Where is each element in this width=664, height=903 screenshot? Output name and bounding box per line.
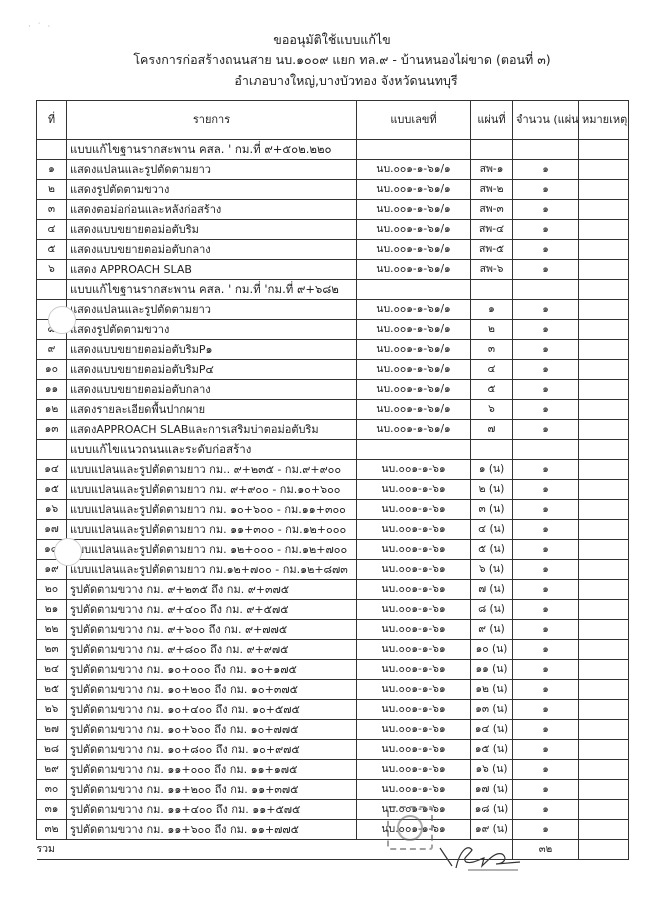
cell-item: แสดง APPROACH SLAB: [67, 260, 357, 280]
cell-remark: [579, 140, 629, 160]
punch-hole: [54, 538, 82, 566]
cell-sheet-no: ๑๙ (น): [471, 820, 513, 840]
cell-sheet-no: ๖: [471, 400, 513, 420]
cell-no: ๒๒: [37, 620, 67, 640]
cell-remark: [579, 640, 629, 660]
cell-remark: [579, 460, 629, 480]
cell-quantity: ๑: [513, 740, 579, 760]
table-row: ๑๖แบบแปลนและรูปตัดตามยาว กม. ๑๐+๖๐๐ - กม…: [37, 500, 629, 520]
cell-quantity: ๑: [513, 480, 579, 500]
cell-sheet-no: ๔: [471, 360, 513, 380]
cell-quantity: ๑: [513, 800, 579, 820]
cell-item: แสดงAPPROACH SLABและการเสริมบ่าตอม่อตับร…: [67, 420, 357, 440]
cell-remark: [579, 220, 629, 240]
cell-sheet-no: ๓: [471, 340, 513, 360]
cell-sheet-no: ๒ (น): [471, 480, 513, 500]
cell-item: แบบแปลนและรูปตัดตามยาว กม. ๑๐+๖๐๐ - กม.๑…: [67, 500, 357, 520]
cell-remark: [579, 800, 629, 820]
cell-no: ๒๔: [37, 660, 67, 680]
cell-quantity: ๑: [513, 260, 579, 280]
table-row: ๒๗รูปตัดตามขวาง กม. ๑๐+๖๐๐ ถึง กม. ๑๐+๗๗…: [37, 720, 629, 740]
cell-no: [37, 280, 67, 300]
table-header-row: ที่ รายการ แบบเลขที่ แผ่นที่ จำนวน (แผ่น…: [37, 101, 629, 140]
cell-no: ๖: [37, 260, 67, 280]
col-header-remark: หมายเหตุ: [579, 101, 629, 140]
section-header-row: แบบแก้ไขแนวถนนและระดับก่อสร้าง: [37, 440, 629, 460]
cell-sheet-no: สพ-๖: [471, 260, 513, 280]
cell-sheet-no: สพ-๕: [471, 240, 513, 260]
cell-no: ๓๑: [37, 800, 67, 820]
cell-no: [37, 140, 67, 160]
cell-drawing-no: นบ.๐๐๑-๑-๖๑: [357, 780, 471, 800]
cell-drawing-no: นบ.๐๐๑-๑-๖๑: [357, 580, 471, 600]
cell-remark: [579, 580, 629, 600]
cell-remark: [579, 360, 629, 380]
cell-remark: [579, 760, 629, 780]
cell-sheet-no: ๒: [471, 320, 513, 340]
document-title: ขออนุมัติใช้แบบแก้ไข: [0, 30, 664, 50]
cell-quantity: ๑: [513, 300, 579, 320]
cell-sheet-no: ๖ (น): [471, 560, 513, 580]
table-row: ๓๑รูปตัดตามขวาง กม. ๑๑+๔๐๐ ถึง กม. ๑๑+๕๗…: [37, 800, 629, 820]
cell-item: แสดงแบบขยายตอม่อตับกลาง: [67, 240, 357, 260]
cell-quantity: ๑: [513, 700, 579, 720]
cell-no: ๕: [37, 240, 67, 260]
cell-item: รูปตัดตามขวาง กม. ๑๐+๔๐๐ ถึง กม. ๑๐+๕๗๕: [67, 700, 357, 720]
cell-drawing-no: นบ.๐๐๑-๑-๖๑: [357, 540, 471, 560]
cell-sheet-no: ๑๐ (น): [471, 640, 513, 660]
cell-item: แบบแปลนและรูปตัดตามยาว กม. ๙+๙๐๐ - กม.๑๐…: [67, 480, 357, 500]
cell-drawing-no: นบ.๐๐๑-๑-๖๑: [357, 480, 471, 500]
cell-no: ๑๑: [37, 380, 67, 400]
cell-remark: [579, 520, 629, 540]
table-row: ๒๖รูปตัดตามขวาง กม. ๑๐+๔๐๐ ถึง กม. ๑๐+๕๗…: [37, 700, 629, 720]
cell-remark: [579, 480, 629, 500]
cell-no: [37, 440, 67, 460]
cell-no: ๓๐: [37, 780, 67, 800]
cell-item: แสดงรูปตัดตามขวาง: [67, 180, 357, 200]
cell-remark: [579, 620, 629, 640]
cell-quantity: ๑: [513, 360, 579, 380]
cell-quantity: ๑: [513, 780, 579, 800]
cell-drawing-no: [357, 140, 471, 160]
cell-sheet-no: ๑: [471, 300, 513, 320]
cell-no: ๒: [37, 180, 67, 200]
cell-drawing-no: นบ.๐๐๑-๑-๖๑: [357, 700, 471, 720]
table-row: ๓๐รูปตัดตามขวาง กม. ๑๑+๒๐๐ ถึง กม. ๑๑+๓๗…: [37, 780, 629, 800]
cell-item: รูปตัดตามขวาง กม. ๑๑+๒๐๐ ถึง กม. ๑๑+๓๗๕: [67, 780, 357, 800]
col-header-sheet-no: แผ่นที่: [471, 101, 513, 140]
cell-item: รูปตัดตามขวาง กม. ๙+๖๐๐ ถึง กม. ๙+๗๗๕: [67, 620, 357, 640]
cell-sheet-no: ๑๓ (น): [471, 700, 513, 720]
cell-drawing-no: นบ.๐๐๑-๑-๖๑/๑: [357, 180, 471, 200]
table-row: ๑๙แบบแปลนและรูปตัดตามยาว กม.๑๒+๗๐๐ - กม.…: [37, 560, 629, 580]
cell-item: แบบแปลนและรูปตัดตามยาว กม. ๑๑+๓๐๐ - กม.๑…: [67, 520, 357, 540]
cell-quantity: ๑: [513, 240, 579, 260]
cell-quantity: ๑: [513, 400, 579, 420]
table-row: ๔แสดงแบบขยายตอม่อตับริมนบ.๐๐๑-๑-๖๑/๑สพ-๔…: [37, 220, 629, 240]
cell-sheet-no: สพ-๓: [471, 200, 513, 220]
cell-sheet-no: ๑๗ (น): [471, 780, 513, 800]
cell-quantity: ๑: [513, 620, 579, 640]
cell-quantity: ๑: [513, 340, 579, 360]
cell-sheet-no: ๕ (น): [471, 540, 513, 560]
cell-quantity: [513, 280, 579, 300]
cell-no: ๑๖: [37, 500, 67, 520]
table-row: ๑๑แสดงแบบขยายตอม่อตับกลางนบ.๐๐๑-๑-๖๑/๑๕๑: [37, 380, 629, 400]
cell-remark: [579, 500, 629, 520]
cell-drawing-no: นบ.๐๐๑-๑-๖๑/๑: [357, 320, 471, 340]
cell-sheet-no: ๑๑ (น): [471, 660, 513, 680]
cell-quantity: ๑: [513, 640, 579, 660]
cell-sheet-no: ๑๕ (น): [471, 740, 513, 760]
table-row: ๒๕รูปตัดตามขวาง กม. ๑๐+๒๐๐ ถึง กม. ๑๐+๓๗…: [37, 680, 629, 700]
cell-drawing-no: นบ.๐๐๑-๑-๖๑/๑: [357, 300, 471, 320]
section-title: แบบแก้ไขฐานรากสะพาน คสล. ' กม.ที่ ๙+๕๐๒.…: [67, 140, 357, 160]
cell-quantity: ๑: [513, 760, 579, 780]
cell-item: แบบแปลนและรูปตัดตามยาว กม.๑๒+๗๐๐ - กม.๑๒…: [67, 560, 357, 580]
cell-sheet-no: ๕: [471, 380, 513, 400]
cell-no: ๙: [37, 340, 67, 360]
section-title: แบบแก้ไขแนวถนนและระดับก่อสร้าง: [67, 440, 357, 460]
table-row: ๒๓รูปตัดตามขวาง กม. ๙+๘๐๐ ถึง กม. ๙+๙๗๕น…: [37, 640, 629, 660]
cell-no: ๑๓: [37, 420, 67, 440]
cell-sheet-no: ๑๘ (น): [471, 800, 513, 820]
cell-item: รูปตัดตามขวาง กม. ๙+๔๐๐ ถึง กม. ๙+๕๗๕: [67, 600, 357, 620]
cell-drawing-no: นบ.๐๐๑-๑-๖๑: [357, 640, 471, 660]
table-row: ๑๕แบบแปลนและรูปตัดตามยาว กม. ๙+๙๐๐ - กม.…: [37, 480, 629, 500]
cell-remark: [579, 200, 629, 220]
cell-item: รูปตัดตามขวาง กม. ๑๑+๖๐๐ ถึง กม. ๑๑+๗๗๕: [67, 820, 357, 840]
cell-quantity: ๑: [513, 160, 579, 180]
cell-item: แสดงแปลนและรูปตัดตามยาว: [67, 300, 357, 320]
cell-remark: [579, 340, 629, 360]
cell-drawing-no: นบ.๐๐๑-๑-๖๑/๑: [357, 220, 471, 240]
cell-drawing-no: นบ.๐๐๑-๑-๖๑/๑: [357, 380, 471, 400]
cell-remark: [579, 380, 629, 400]
cell-sheet-no: สพ-๒: [471, 180, 513, 200]
cell-remark: [579, 560, 629, 580]
project-location: อำเภอบางใหญ่,บางบัวทอง จังหวัดนนทบุรี: [14, 71, 664, 91]
cell-no: ๒๓: [37, 640, 67, 660]
cell-remark: [579, 440, 629, 460]
cell-remark: [579, 300, 629, 320]
total-row: รวม๓๒: [37, 840, 629, 860]
table-row: ๓๒รูปตัดตามขวาง กม. ๑๑+๖๐๐ ถึง กม. ๑๑+๗๗…: [37, 820, 629, 840]
cell-no: ๒๖: [37, 700, 67, 720]
cell-quantity: [513, 140, 579, 160]
cell-no: ๓๒: [37, 820, 67, 840]
official-stamp: [387, 806, 433, 850]
cell-no: ๑๐: [37, 360, 67, 380]
cell-item: แสดงรายละเอียดพื้นปากผาย: [67, 400, 357, 420]
cell-quantity: ๑: [513, 460, 579, 480]
cell-drawing-no: นบ.๐๐๑-๑-๖๑: [357, 460, 471, 480]
col-header-quantity: จำนวน (แผ่น): [513, 101, 579, 140]
cell-remark: [579, 160, 629, 180]
section-header-row: แบบแก้ไขฐานรากสะพาน คสล. ' กม.ที่ ๙+๕๐๒.…: [37, 140, 629, 160]
cell-item: แสดงแบบขยายตอม่อตับกลาง: [67, 380, 357, 400]
cell-quantity: ๑: [513, 540, 579, 560]
table-row: แสดงแปลนและรูปตัดตามยาวนบ.๐๐๑-๑-๖๑/๑๑๑: [37, 300, 629, 320]
cell-item: รูปตัดตามขวาง กม. ๑๑+๐๐๐ ถึง กม. ๑๑+๑๗๕: [67, 760, 357, 780]
cell-drawing-no: นบ.๐๐๑-๑-๖๑: [357, 680, 471, 700]
cell-sheet-no: ๓ (น): [471, 500, 513, 520]
cell-item: รูปตัดตามขวาง กม. ๑๐+๘๐๐ ถึง กม. ๑๐+๙๗๕: [67, 740, 357, 760]
table-row: ๘แสดงรูปตัดตามขวางนบ.๐๐๑-๑-๖๑/๑๒๑: [37, 320, 629, 340]
drawing-list-table: ที่ รายการ แบบเลขที่ แผ่นที่ จำนวน (แผ่น…: [36, 100, 629, 860]
table-row: ๓แสดงตอม่อก่อนและหลังก่อสร้างนบ.๐๐๑-๑-๖๑…: [37, 200, 629, 220]
cell-item: รูปตัดตามขวาง กม. ๙+๘๐๐ ถึง กม. ๙+๙๗๕: [67, 640, 357, 660]
cell-quantity: ๑: [513, 580, 579, 600]
cell-quantity: ๑: [513, 180, 579, 200]
cell-remark: [579, 740, 629, 760]
cell-item: รูปตัดตามขวาง กม. ๑๐+๐๐๐ ถึง กม. ๑๐+๑๗๕: [67, 660, 357, 680]
signature: [438, 840, 528, 874]
cell-quantity: ๑: [513, 520, 579, 540]
cell-no: ๑: [37, 160, 67, 180]
cell-item: แบบแปลนและรูปตัดตามยาว กม. ๑๒+๐๐๐ - กม.๑…: [67, 540, 357, 560]
table-row: ๑๒แสดงรายละเอียดพื้นปากผายนบ.๐๐๑-๑-๖๑/๑๖…: [37, 400, 629, 420]
cell-quantity: [513, 440, 579, 460]
table-row: ๑๔แบบแปลนและรูปตัดตามยาว กม.. ๙+๒๓๕ - กม…: [37, 460, 629, 480]
cell-drawing-no: นบ.๐๐๑-๑-๖๑/๑: [357, 160, 471, 180]
cell-remark: [579, 400, 629, 420]
col-header-drawing-no: แบบเลขที่: [357, 101, 471, 140]
cell-quantity: ๑: [513, 660, 579, 680]
cell-sheet-no: ๘ (น): [471, 600, 513, 620]
cell-item: แสดงแปลนและรูปตัดตามยาว: [67, 160, 357, 180]
cell-item: รูปตัดตามขวาง กม. ๙+๒๓๕ ถึง กม. ๙+๓๗๕: [67, 580, 357, 600]
cell-remark: [579, 820, 629, 840]
total-label: รวม: [37, 840, 357, 860]
table-row: ๑แสดงแปลนและรูปตัดตามยาวนบ.๐๐๑-๑-๖๑/๑สพ-…: [37, 160, 629, 180]
cell-remark: [579, 180, 629, 200]
cell-no: ๒๙: [37, 760, 67, 780]
cell-sheet-no: ๑๔ (น): [471, 720, 513, 740]
cell-sheet-no: [471, 280, 513, 300]
table-row: ๑๘แบบแปลนและรูปตัดตามยาว กม. ๑๒+๐๐๐ - กม…: [37, 540, 629, 560]
cell-no: ๑๗: [37, 520, 67, 540]
cell-no: ๓: [37, 200, 67, 220]
cell-no: ๒๗: [37, 720, 67, 740]
cell-sheet-no: ๗: [471, 420, 513, 440]
cell-drawing-no: นบ.๐๐๑-๑-๖๑/๑: [357, 420, 471, 440]
cell-drawing-no: นบ.๐๐๑-๑-๖๑: [357, 560, 471, 580]
cell-quantity: ๑: [513, 600, 579, 620]
cell-remark: [579, 700, 629, 720]
cell-quantity: ๑: [513, 500, 579, 520]
cell-drawing-no: นบ.๐๐๑-๑-๖๑: [357, 740, 471, 760]
table-row: ๕แสดงแบบขยายตอม่อตับกลางนบ.๐๐๑-๑-๖๑/๑สพ-…: [37, 240, 629, 260]
cell-remark: [579, 260, 629, 280]
cell-drawing-no: [357, 440, 471, 460]
cell-drawing-no: นบ.๐๐๑-๑-๖๑: [357, 720, 471, 740]
table-row: ๙แสดงแบบขยายตอม่อตับริมP๑นบ.๐๐๑-๑-๖๑/๑๓๑: [37, 340, 629, 360]
cell-quantity: ๑: [513, 680, 579, 700]
cell-no: ๑๕: [37, 480, 67, 500]
cell-remark: [579, 680, 629, 700]
cell-remark: [579, 240, 629, 260]
cell-item: แบบแปลนและรูปตัดตามยาว กม.. ๙+๒๓๕ - กม.๙…: [67, 460, 357, 480]
cell-quantity: ๑: [513, 380, 579, 400]
table-row: ๒๘รูปตัดตามขวาง กม. ๑๐+๘๐๐ ถึง กม. ๑๐+๙๗…: [37, 740, 629, 760]
table-row: ๑๗แบบแปลนและรูปตัดตามยาว กม. ๑๑+๓๐๐ - กม…: [37, 520, 629, 540]
cell-sheet-no: ๙ (น): [471, 620, 513, 640]
cell-drawing-no: นบ.๐๐๑-๑-๖๑/๑: [357, 400, 471, 420]
table-row: ๒๔รูปตัดตามขวาง กม. ๑๐+๐๐๐ ถึง กม. ๑๐+๑๗…: [37, 660, 629, 680]
table-row: ๒๙รูปตัดตามขวาง กม. ๑๑+๐๐๐ ถึง กม. ๑๑+๑๗…: [37, 760, 629, 780]
cell-quantity: ๑: [513, 420, 579, 440]
cell-drawing-no: นบ.๐๐๑-๑-๖๑/๑: [357, 340, 471, 360]
cell-drawing-no: นบ.๐๐๑-๑-๖๑: [357, 500, 471, 520]
cell-drawing-no: [357, 280, 471, 300]
cell-sheet-no: [471, 140, 513, 160]
cell-quantity: ๑: [513, 200, 579, 220]
cell-remark: [579, 320, 629, 340]
cell-no: ๔: [37, 220, 67, 240]
table-row: ๒๑รูปตัดตามขวาง กม. ๙+๔๐๐ ถึง กม. ๙+๕๗๕น…: [37, 600, 629, 620]
cell-remark: [579, 840, 629, 860]
cell-remark: [579, 720, 629, 740]
cell-drawing-no: นบ.๐๐๑-๑-๖๑/๑: [357, 360, 471, 380]
col-header-item: รายการ: [67, 101, 357, 140]
cell-item: แสดงแบบขยายตอม่อตับริม: [67, 220, 357, 240]
cell-drawing-no: นบ.๐๐๑-๑-๖๑/๑: [357, 260, 471, 280]
table-row: ๒๐รูปตัดตามขวาง กม. ๙+๒๓๕ ถึง กม. ๙+๓๗๕น…: [37, 580, 629, 600]
cell-drawing-no: นบ.๐๐๑-๑-๖๑: [357, 620, 471, 640]
cell-remark: [579, 660, 629, 680]
section-title: แบบแก้ไขฐานรากสะพาน คสล. ' กม.ที่ 'กม.ที…: [67, 280, 357, 300]
cell-sheet-no: ๑ (น): [471, 460, 513, 480]
cell-sheet-no: สพ-๔: [471, 220, 513, 240]
punch-hole: [48, 306, 76, 334]
project-name: โครงการก่อสร้างถนนสาย นบ.๑๐๐๙ แยก ทล.๙ -…: [10, 50, 664, 70]
cell-drawing-no: นบ.๐๐๑-๑-๖๑: [357, 520, 471, 540]
cell-no: ๑๔: [37, 460, 67, 480]
cell-item: แสดงแบบขยายตอม่อตับริมP๔: [67, 360, 357, 380]
cell-drawing-no: นบ.๐๐๑-๑-๖๑: [357, 660, 471, 680]
cell-no: ๑๒: [37, 400, 67, 420]
cell-sheet-no: ๔ (น): [471, 520, 513, 540]
cell-no: ๒๕: [37, 680, 67, 700]
cell-quantity: ๑: [513, 220, 579, 240]
table-row: ๑๓แสดงAPPROACH SLABและการเสริมบ่าตอม่อตั…: [37, 420, 629, 440]
table-body: แบบแก้ไขฐานรากสะพาน คสล. ' กม.ที่ ๙+๕๐๒.…: [37, 140, 629, 860]
cell-remark: [579, 540, 629, 560]
cell-item: แสดงแบบขยายตอม่อตับริมP๑: [67, 340, 357, 360]
cell-drawing-no: นบ.๐๐๑-๑-๖๑: [357, 760, 471, 780]
cell-item: รูปตัดตามขวาง กม. ๑๐+๒๐๐ ถึง กม. ๑๐+๓๗๕: [67, 680, 357, 700]
cell-quantity: ๑: [513, 820, 579, 840]
cell-no: ๒๑: [37, 600, 67, 620]
cell-remark: [579, 780, 629, 800]
cell-item: รูปตัดตามขวาง กม. ๑๐+๖๐๐ ถึง กม. ๑๐+๗๗๕: [67, 720, 357, 740]
cell-remark: [579, 420, 629, 440]
table-row: ๑๐แสดงแบบขยายตอม่อตับริมP๔นบ.๐๐๑-๑-๖๑/๑๔…: [37, 360, 629, 380]
cell-drawing-no: นบ.๐๐๑-๑-๖๑/๑: [357, 200, 471, 220]
cell-item: รูปตัดตามขวาง กม. ๑๑+๔๐๐ ถึง กม. ๑๑+๕๗๕: [67, 800, 357, 820]
table-row: ๖แสดง APPROACH SLABนบ.๐๐๑-๑-๖๑/๑สพ-๖๑: [37, 260, 629, 280]
cell-quantity: ๑: [513, 720, 579, 740]
section-header-row: แบบแก้ไขฐานรากสะพาน คสล. ' กม.ที่ 'กม.ที…: [37, 280, 629, 300]
col-header-no: ที่: [37, 101, 67, 140]
cell-sheet-no: ๗ (น): [471, 580, 513, 600]
cell-drawing-no: นบ.๐๐๑-๑-๖๑/๑: [357, 240, 471, 260]
cell-item: แสดงรูปตัดตามขวาง: [67, 320, 357, 340]
cell-sheet-no: ๑๖ (น): [471, 760, 513, 780]
cell-drawing-no: นบ.๐๐๑-๑-๖๑: [357, 600, 471, 620]
cell-quantity: ๑: [513, 320, 579, 340]
cell-no: ๒๐: [37, 580, 67, 600]
cell-sheet-no: [471, 440, 513, 460]
table-row: ๒แสดงรูปตัดตามขวางนบ.๐๐๑-๑-๖๑/๑สพ-๒๑: [37, 180, 629, 200]
cell-sheet-no: ๑๒ (น): [471, 680, 513, 700]
cell-remark: [579, 600, 629, 620]
cell-quantity: ๑: [513, 560, 579, 580]
cell-item: แสดงตอม่อก่อนและหลังก่อสร้าง: [67, 200, 357, 220]
cell-no: ๒๘: [37, 740, 67, 760]
cell-remark: [579, 280, 629, 300]
cell-sheet-no: สพ-๑: [471, 160, 513, 180]
table-row: ๒๒รูปตัดตามขวาง กม. ๙+๖๐๐ ถึง กม. ๙+๗๗๕น…: [37, 620, 629, 640]
